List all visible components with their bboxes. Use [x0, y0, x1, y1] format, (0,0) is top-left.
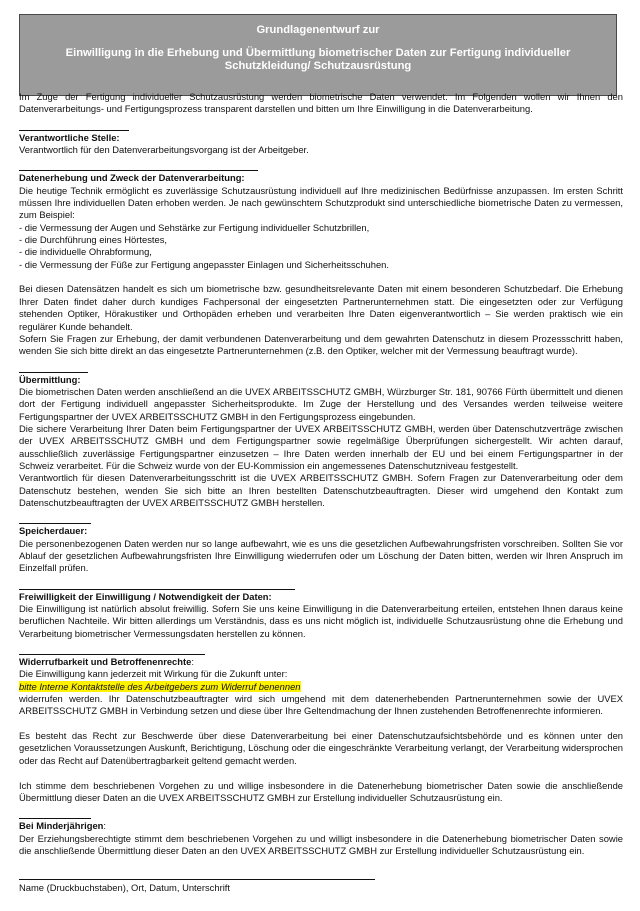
- section-para-uebermittlung-2: Die sichere Verarbeitung Ihrer Daten bei…: [19, 423, 623, 472]
- section-text-verantwortliche: Verantwortlich für den Datenverarbeitung…: [19, 144, 623, 156]
- section-title-freiwilligkeit: Freiwilligkeit der Einwilligung / Notwen…: [19, 591, 623, 603]
- section-divider: [19, 170, 258, 171]
- section-divider: [19, 589, 295, 590]
- section-title-uebermittlung: Übermittlung:: [19, 374, 623, 386]
- section-text-speicherdauer: Die personenbezogenen Daten werden nur s…: [19, 538, 623, 575]
- section-para-datenerhebung-2: Bei diesen Datensätzen handelt es sich u…: [19, 283, 623, 332]
- section-para-uebermittlung-3: Verantwortlich für diesen Datenverarbeit…: [19, 472, 623, 509]
- title-line-2: Einwilligung in die Erhebung und Übermit…: [20, 47, 616, 60]
- section-title-minderjaehrige: Bei Minderjährigen:: [19, 820, 623, 832]
- widerruf-intro-line: Die Einwilligung kann jederzeit mit Wirk…: [19, 668, 623, 680]
- section-title-verantwortliche: Verantwortliche Stelle:: [19, 132, 623, 144]
- title-line-1: Grundlagenentwurf zur: [20, 24, 616, 37]
- consent-statement: Ich stimme dem beschriebenen Vorgehen zu…: [19, 780, 623, 805]
- section-divider: [19, 523, 91, 524]
- section-para-uebermittlung-1: Die biometrischen Daten werden anschließ…: [19, 386, 623, 423]
- section-text-widerruf: widerrufen werden. Ihr Datenschutzbeauft…: [19, 693, 623, 718]
- section-divider: [19, 654, 205, 655]
- section-para-beschwerde: Es besteht das Recht zur Beschwerde über…: [19, 730, 623, 767]
- section-title-widerruf: Widerrufbarkeit und Betroffenenrechte:: [19, 656, 623, 668]
- list-item: - die Vermessung der Augen und Sehstärke…: [19, 222, 623, 234]
- document-body: Im Zuge der Fertigung individueller Schu…: [19, 91, 623, 895]
- intro-paragraph: Im Zuge der Fertigung individueller Schu…: [19, 91, 623, 116]
- document-title-box: Grundlagenentwurf zur Einwilligung in di…: [19, 14, 617, 96]
- signature-label: Name (Druckbuchstaben), Ort, Datum, Unte…: [19, 882, 623, 894]
- list-item: - die Durchführung eines Hörtestes,: [19, 234, 623, 246]
- section-title-datenerhebung: Datenerhebung und Zweck der Datenverarbe…: [19, 172, 623, 184]
- title-line-3: Schutzkleidung/ Schutzausrüstung: [20, 60, 616, 73]
- section-divider: [19, 818, 91, 819]
- list-item: - die Vermessung der Füße zur Fertigung …: [19, 259, 623, 271]
- section-divider: [19, 130, 129, 131]
- section-title-speicherdauer: Speicherdauer:: [19, 525, 623, 537]
- section-text-minderjaehrige: Der Erziehungsberechtigte stimmt dem bes…: [19, 833, 623, 858]
- section-para-datenerhebung-3: Sofern Sie Fragen zur Erhebung, der dami…: [19, 333, 623, 358]
- section-text-datenerhebung: Die heutige Technik ermöglicht es zuverl…: [19, 185, 623, 222]
- signature-line[interactable]: [19, 879, 375, 880]
- list-item: - die individuelle Ohrabformung,: [19, 246, 623, 258]
- section-text-freiwilligkeit: Die Einwilligung ist natürlich absolut f…: [19, 603, 623, 640]
- section-divider: [19, 372, 88, 373]
- placeholder-contact-highlight[interactable]: bitte Interne Kontaktstelle des Arbeitge…: [19, 681, 301, 692]
